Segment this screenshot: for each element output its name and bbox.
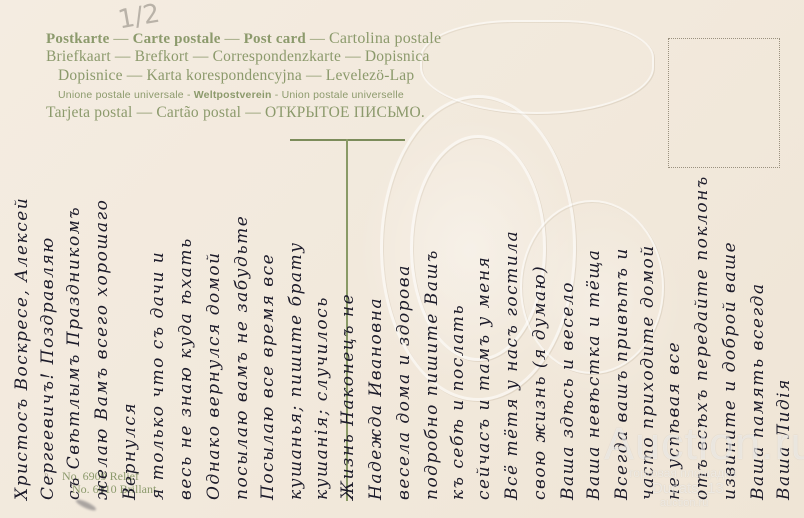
handwritten-line: кушанія; случилось [312,296,332,500]
handwritten-line: я только что съ дачи и [148,251,168,500]
embossed-ornament-top [420,20,654,114]
stamp-box [668,38,780,168]
handwritten-line: Однако вернулся домой [204,251,224,500]
handwritten-line: сейчасъ и тамъ у меня [474,256,494,500]
watermark-brand: Auction.ru [604,418,804,470]
handwritten-line: Ваша невѣстка и тёща [584,249,604,500]
handwritten-line: подробно пишите Вашъ [422,249,442,500]
handwritten-line: кушанья; пишите брату [286,241,306,500]
watermark-tagline: торговая площадка [628,466,736,480]
handwritten-line: Христосъ Воскресе, Алексей [12,197,32,500]
handwritten-line: Посылаю все время все [258,253,278,500]
handwritten-line: Надежда Ивановна [366,297,386,500]
handwritten-line: Ваша здѣсь и весело [558,281,578,500]
handwritten-line: Вернулся [120,402,140,500]
watermark-seller: Ducats_13 [652,480,724,497]
handwritten-line: желаю Вамъ всего хорошаго [92,199,112,500]
handwritten-line: съ Свѣтлымъ Праздникомъ [64,206,84,500]
handwritten-line: посылаю вамъ не забудьте [232,215,252,500]
handwritten-line: весела дома и здорова [394,264,414,500]
handwritten-line: къ себѣ и послать [448,304,468,500]
handwritten-line: Жизнь Наконецъ не [338,293,358,500]
watermark-site: auction.ru [660,497,708,509]
printed-header-line-3: Dopisnice — Karta korespondencyjna — Lev… [58,67,414,85]
printed-header-line-5: Tarjeta postal — Cartão postal — ОТКРЫТО… [46,104,425,122]
header-cartolina: Cartolina postale [329,30,441,47]
header-postkarte: Postkarte [46,31,109,47]
printed-header-line-2: Briefkaart — Brefkort — Correspondenzkar… [46,48,430,66]
printed-header-line-1: Postkarte — Carte postale — Post card — … [46,30,441,48]
postcard: 1/2 Postkarte — Carte postale — Post car… [0,0,804,518]
handwritten-line: свою жизнь (я думаю) [530,265,550,500]
publisher-number-brillant: No. 6910 Brillant [72,482,156,497]
handwritten-line: весь не знаю куда ѣхать [176,237,196,500]
printed-header-line-4: Unione postale universale - Weltpostvere… [58,89,404,101]
handwritten-line: Сергеевичъ! Поздравляю [38,236,58,500]
header-post-card: Post card [244,31,306,47]
header-carte-postale: Carte postale [133,31,221,47]
handwritten-line: Всё тётя у насъ гостила [502,230,522,500]
